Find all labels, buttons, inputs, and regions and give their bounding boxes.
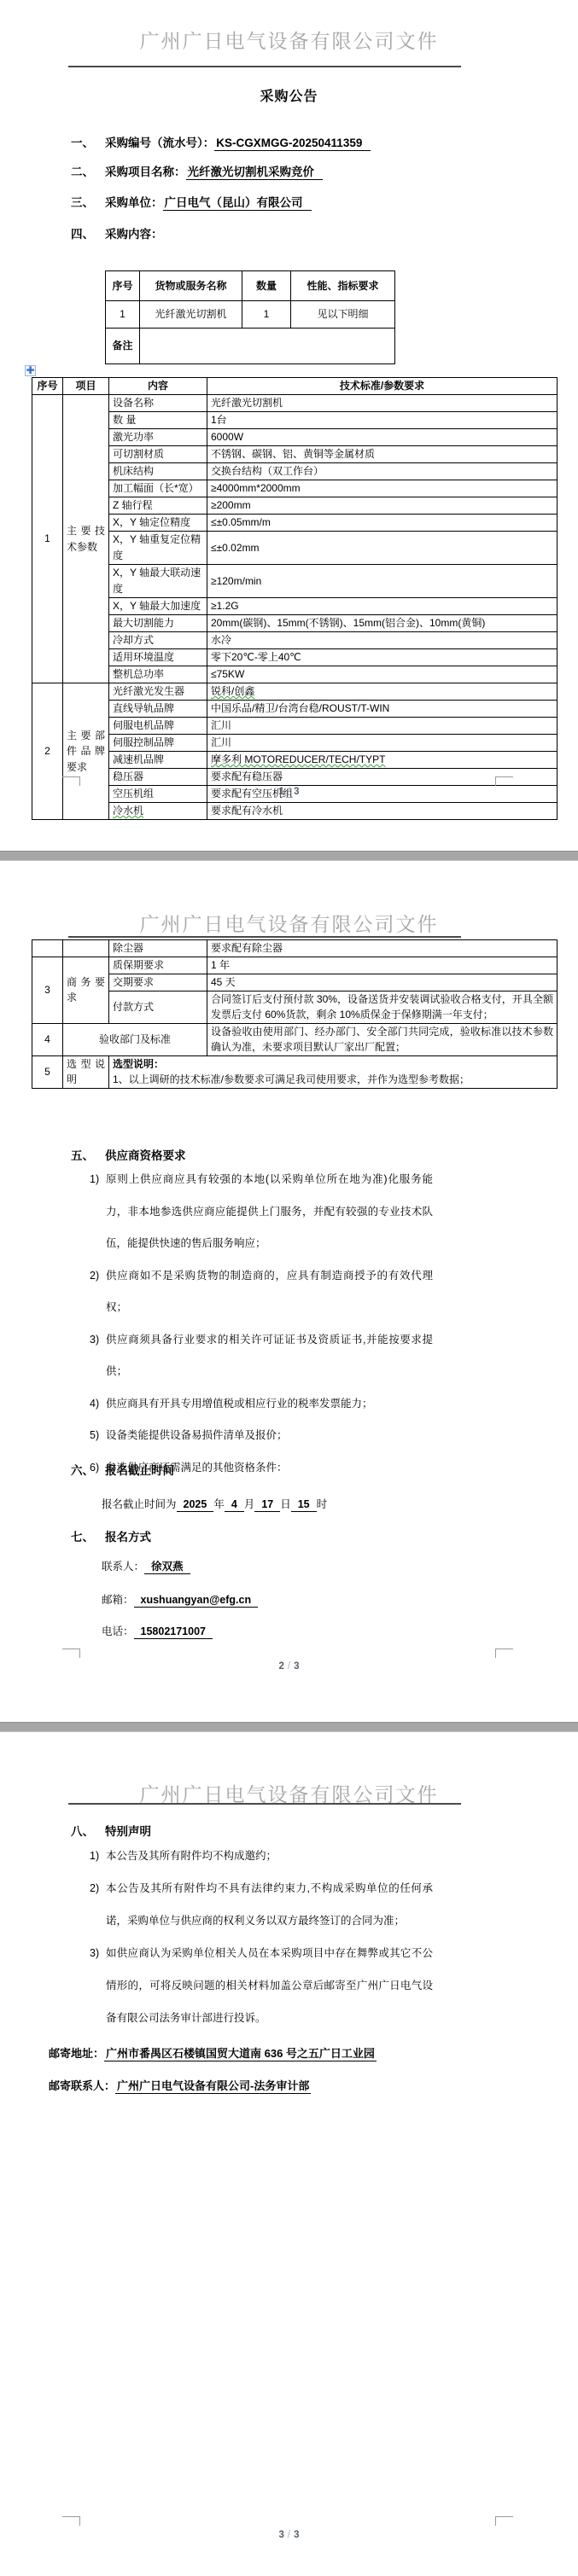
list-item-text: 原则上供应商应具有较强的本地(以采购单位所在地为准)化服务能力，非本地参选供应商… — [106, 1164, 433, 1260]
header-cell: 货物或服务名称 — [140, 271, 242, 301]
section-number: 五、 — [71, 1146, 105, 1163]
margin-corner-mark — [62, 776, 80, 786]
list-item-text: 供应商须具备行业要求的相关许可证证书及资质证书,并能按要求提供； — [106, 1324, 433, 1388]
spec-group-2: 2 主要部件品牌要求 光纤激光发生器 锐科/创鑫 直线导轨品牌 中国乐品/精卫/… — [32, 683, 558, 820]
spec-item-cell: 冷水机 — [109, 803, 207, 820]
margin-corner-mark — [495, 1649, 513, 1658]
section-number: 七、 — [71, 1527, 105, 1544]
spec-table-continued: 除尘器 要求配有除尘器 3 商务要求 质保期要求 1 年 交期要求 45 天 付… — [32, 939, 558, 1089]
contact-label: 联系人： — [102, 1561, 144, 1573]
model-note-row: 5 选型说明 选型说明： 1、以上调研的技术标准/参数要求可满足我司使用要求，并… — [32, 1055, 558, 1088]
section-number: 八、 — [71, 1822, 105, 1839]
doc-title: 采购公告 — [0, 85, 578, 105]
list-item-number: 3) — [90, 1324, 106, 1388]
spec-item-cell: 加工幅面（长*宽） — [109, 480, 207, 497]
spec-value-cell: 汇川 — [207, 735, 558, 752]
group-name-cell: 主要部件品牌要求 — [63, 683, 109, 820]
page-break-separator — [0, 1722, 578, 1732]
item-purchase-content: 四、采购内容： — [71, 224, 163, 241]
unit-month: 月 — [244, 1498, 255, 1510]
letterhead-rule — [68, 66, 461, 67]
spec-value-cell: ≥4000mm*2000mm — [207, 480, 558, 497]
page-separator-slash: / — [284, 2530, 294, 2540]
header-cell: 序号 — [106, 271, 140, 301]
mail-contact-label: 邮寄联系人： — [49, 2079, 115, 2092]
item-purchase-unit: 三、采购单位：广日电气（昆山）有限公司 — [71, 193, 312, 210]
unit-hour: 时 — [317, 1498, 328, 1510]
list-item: 1) 原则上供应商应具有较强的本地(以采购单位所在地为准)化服务能力，非本地参选… — [90, 1164, 433, 1260]
list-item: 1) 本公告及其所有附件均不构成邀约； — [90, 1840, 433, 1872]
table-row: 数 量 1台 — [32, 412, 558, 429]
table-row: 可切割材质 不锈钢、碳钢、铝、黄铜等金属材质 — [32, 446, 558, 463]
table-row: X，Y 轴最大加速度 ≥1.2G — [32, 598, 558, 615]
group-no-cell: 4 — [32, 1023, 63, 1055]
table-row: 最大切割能力 20mm(碳钢)、15mm(不锈钢)、15mm(铝合金)、10mm… — [32, 615, 558, 632]
table-header-row: 序号 货物或服务名称 数量 性能、指标要求 — [106, 271, 395, 301]
section-title: 特别声明 — [105, 1825, 151, 1838]
spec-item-cell: X，Y 轴最大加速度 — [109, 598, 207, 615]
item-project-name: 二、采购项目名称：光纤激光切割机采购竞价 — [71, 162, 323, 179]
list-item-number: 1) — [90, 1840, 106, 1872]
group-no-cell: 5 — [32, 1055, 63, 1088]
table-row: X，Y 轴重复定位精度 ≤±0.02mm — [32, 532, 558, 565]
list-item-text: 如供应商认为采购单位相关人员在本采购项目中存在舞弊或其它不公情形的，可将反映问题… — [106, 1937, 433, 2034]
spec-value-cell: ≥120m/min — [207, 565, 558, 598]
model-note-text: 1、以上调研的技术标准/参数要求可满足我司使用要求，并作为选型参考数据； — [113, 1072, 553, 1088]
letterhead-rule — [68, 936, 461, 938]
table-row: 除尘器 要求配有除尘器 — [32, 940, 558, 957]
list-item-number: 1) — [90, 1164, 106, 1260]
item-number: 二、 — [71, 162, 105, 179]
list-item-number: 3) — [90, 1937, 106, 2034]
model-note-title: 选型说明： — [113, 1056, 553, 1073]
current-page: 1 — [278, 787, 283, 797]
spec-item-cell: 稳压器 — [109, 769, 207, 786]
group-no-cell: 3 — [32, 957, 63, 1024]
document-viewer: { "header_title": "广州广日电气设备有限公司文件", "col… — [0, 0, 578, 2576]
model-note-value-cell: 选型说明： 1、以上调研的技术标准/参数要求可满足我司使用要求，并作为选型参考数… — [109, 1055, 558, 1088]
spec-value-cell: 合同签订后支付预付款 30%，设备送货并安装调试验收合格支付，开具全额发票后支付… — [207, 991, 558, 1023]
list-item: 3) 供应商须具备行业要求的相关许可证证书及资质证书,并能按要求提供； — [90, 1324, 433, 1388]
mail-address-value: 广州市番禺区石楼镇国贸大道南 636 号之五广日工业园 — [104, 2047, 377, 2061]
contact-name: 徐双燕 — [144, 1561, 190, 1574]
section-title: 报名方式 — [105, 1531, 151, 1544]
list-item: 3) 如供应商认为采购单位相关人员在本采购项目中存在舞弊或其它不公情形的，可将反… — [90, 1937, 433, 2034]
item-label: 采购内容： — [105, 228, 163, 241]
spec-table: 序号 项目 内容 技术标准/参数要求 1 主要技术参数 设备名称 光纤激光切割机… — [32, 377, 558, 820]
table-row: 2 主要部件品牌要求 光纤激光发生器 锐科/创鑫 — [32, 683, 558, 701]
spec-item-cell: 冷却方式 — [109, 632, 207, 649]
page-number-footer: 1/3 — [0, 787, 578, 797]
header-cell: 内容 — [109, 378, 207, 395]
email-value: xushuangyan@efg.cn — [134, 1594, 259, 1608]
spec-item-cell: 减速机品牌 — [109, 752, 207, 769]
note-row: 备注 — [106, 329, 395, 364]
table-row: 冷水机 要求配有冷水机 — [32, 803, 558, 820]
note-value-cell — [140, 329, 395, 364]
spec-item-cell: X，Y 轴最大联动速度 — [109, 565, 207, 598]
acceptance-row: 4 验收部门及标准 设备验收由使用部门、经办部门、安全部门共同完成，验收标准以技… — [32, 1023, 558, 1055]
spec-item-cell: 光纤激光发生器 — [109, 683, 207, 701]
model-note-label-cell: 选型说明 — [63, 1055, 109, 1088]
spec-value-cell: 汇川 — [207, 718, 558, 735]
deadline-hour: 15 — [291, 1498, 317, 1512]
purchase-number-value: KS-CGXMGG-20250411359 — [214, 137, 371, 151]
item-label: 采购编号（流水号）： — [105, 137, 214, 149]
item-label: 采购单位： — [105, 196, 163, 209]
spec-value-cell: 20mm(碳钢)、15mm(不锈钢)、15mm(铝合金)、10mm(黄铜) — [207, 615, 558, 632]
phone-line: 电话：15802171007 — [102, 1623, 213, 1638]
mail-address-label: 邮寄地址： — [49, 2047, 104, 2060]
section-number: 六、 — [71, 1461, 105, 1478]
page-separator-slash: / — [284, 1661, 294, 1672]
page-separator-slash: / — [284, 787, 294, 797]
spec-item-cell: 最大切割能力 — [109, 615, 207, 632]
spec-value-cell: 锐科/创鑫 — [207, 683, 558, 701]
mail-address-line: 邮寄地址：广州市番禺区石楼镇国贸大道南 636 号之五广日工业园 — [49, 2044, 377, 2061]
item-number: 四、 — [71, 224, 105, 241]
section-title: 报名截止时间 — [105, 1464, 174, 1477]
total-pages: 3 — [294, 787, 299, 797]
spec-item-cell: X，Y 轴定位精度 — [109, 515, 207, 532]
margin-corner-mark — [62, 1649, 80, 1658]
list-item-text: 供应商具有开具专用增值税或相应行业的税率发票能力； — [106, 1388, 433, 1421]
margin-corner-mark — [495, 776, 513, 786]
spec-item-cell: 质保期要求 — [109, 957, 207, 974]
supplier-qualification-list: 1) 原则上供应商应具有较强的本地(以采购单位所在地为准)化服务能力，非本地参选… — [90, 1164, 433, 1484]
page-break-separator — [0, 851, 578, 861]
list-item-text: 本公告及其所有附件均不构成邀约； — [106, 1840, 433, 1872]
goods-name-cell: 光纤激光切割机 — [140, 301, 242, 329]
item-purchase-number: 一、采购编号（流水号）：KS-CGXMGG-20250411359 — [71, 133, 371, 150]
spec-value-cell: 零下20℃-零上40℃ — [207, 649, 558, 666]
spec-item-cell: 伺服电机品牌 — [109, 718, 207, 735]
spec-item-cell: 数 量 — [109, 412, 207, 429]
table-row: 3 商务要求 质保期要求 1 年 — [32, 957, 558, 974]
table-row: 减速机品牌 摩多利 MOTOREDUCER/TECH/TYPT — [32, 752, 558, 769]
table-move-handle-icon[interactable]: ✚ — [25, 365, 36, 376]
row-no-cell: 1 — [106, 301, 140, 329]
acceptance-label-cell: 验收部门及标准 — [63, 1023, 207, 1055]
table-row: 整机总功率 ≤75KW — [32, 666, 558, 683]
spec-value-cell: 中国乐品/精卫/台湾台稳/ROUST/T-WIN — [207, 701, 558, 718]
spec-item-cell: 伺服控制品牌 — [109, 735, 207, 752]
spec-value-cell: ≥1.2G — [207, 598, 558, 615]
list-item: 5) 设备类能提供设备易损件清单及报价； — [90, 1420, 433, 1452]
spec-group-1: 1 主要技术参数 设备名称 光纤激光切割机 数 量 1台 激光功率 6000W … — [32, 395, 558, 683]
table-row: X，Y 轴最大联动速度 ≥120m/min — [32, 565, 558, 598]
page-1: 广州广日电气设备有限公司文件 采购公告 一、采购编号（流水号）：KS-CGXMG… — [0, 0, 578, 851]
deadline-year: 2025 — [177, 1498, 214, 1512]
phone-label: 电话： — [102, 1625, 134, 1637]
deadline-month: 4 — [225, 1498, 244, 1512]
deadline-line: 报名截止时间为2025年4月17日15时 — [102, 1496, 327, 1511]
mail-contact-value: 广州广日电气设备有限公司-法务审计部 — [115, 2079, 311, 2094]
content-table: 序号 货物或服务名称 数量 性能、指标要求 1 光纤激光切割机 1 见以下明细 … — [105, 270, 395, 364]
spec-value-cell: 光纤激光切割机 — [207, 395, 558, 412]
page-number-footer: 3/3 — [0, 2530, 578, 2540]
table-row: 交期要求 45 天 — [32, 974, 558, 991]
table-row: 激光功率 6000W — [32, 429, 558, 446]
item-number: 三、 — [71, 193, 105, 210]
header-cell: 项目 — [63, 378, 109, 395]
special-statement-list: 1) 本公告及其所有附件均不构成邀约； 2) 本公告及其所有附件均不具有法律约束… — [90, 1840, 433, 2034]
list-item-number: 2) — [90, 1260, 106, 1324]
spec-value-cell: 水冷 — [207, 632, 558, 649]
current-page: 3 — [278, 2530, 283, 2540]
letterhead-rule — [68, 1803, 461, 1805]
list-item: 4) 供应商具有开具专用增值税或相应行业的税率发票能力； — [90, 1388, 433, 1421]
list-item: 2) 供应商如不是采购货物的制造商的，应具有制造商授予的有效代理权； — [90, 1260, 433, 1324]
margin-corner-mark — [62, 2516, 80, 2526]
spec-value-cell: 1台 — [207, 412, 558, 429]
spec-item-cell: 适用环境温度 — [109, 649, 207, 666]
spec-group-3: 3 商务要求 质保期要求 1 年 交期要求 45 天 付款方式 合同签订后支付预… — [32, 957, 558, 1024]
list-item-number: 4) — [90, 1388, 106, 1421]
project-name-value: 光纤激光切割机采购竞价 — [186, 166, 324, 180]
spec-value-cell: ≥200mm — [207, 497, 558, 515]
section-supplier-qualifications: 五、供应商资格要求 — [71, 1146, 186, 1163]
list-item: 2) 本公告及其所有附件均不具有法律约束力,不构成采购单位的任何承诺，采购单位与… — [90, 1872, 433, 1937]
company-letterhead: 广州广日电气设备有限公司文件 — [0, 909, 578, 937]
requirement-cell: 见以下明细 — [291, 301, 395, 329]
table-row: 1 主要技术参数 设备名称 光纤激光切割机 — [32, 395, 558, 412]
spec-value-cell: 45 天 — [207, 974, 558, 991]
phone-value: 15802171007 — [134, 1625, 213, 1639]
mail-contact-line: 邮寄联系人：广州广日电气设备有限公司-法务审计部 — [49, 2077, 311, 2093]
page-number-footer: 2/3 — [0, 1661, 578, 1672]
spec-item-cell: 交期要求 — [109, 974, 207, 991]
section-special-statement: 八、特别声明 — [71, 1822, 151, 1839]
table-row: 付款方式 合同签订后支付预付款 30%，设备送货并安装调试验收合格支付，开具全额… — [32, 991, 558, 1023]
group-no-cell: 2 — [32, 683, 63, 820]
group-name-cell: 主要技术参数 — [63, 395, 109, 683]
spec-value-cell: 不锈钢、碳钢、铝、黄铜等金属材质 — [207, 446, 558, 463]
spec-item-cell: 直线导轨品牌 — [109, 701, 207, 718]
table-header-row: 序号 项目 内容 技术标准/参数要求 — [32, 378, 558, 395]
section-registration-method: 七、报名方式 — [71, 1527, 151, 1544]
spec-item-cell: Z 轴行程 — [109, 497, 207, 515]
margin-corner-mark — [495, 2516, 513, 2526]
header-cell: 技术标准/参数要求 — [207, 378, 558, 395]
table-row: 稳压器 要求配有稳压器 — [32, 769, 558, 786]
group-no-cell — [32, 940, 63, 957]
spec-item-cell: 设备名称 — [109, 395, 207, 412]
spec-value-cell: 1 年 — [207, 957, 558, 974]
page-2: 广州广日电气设备有限公司文件 除尘器 要求配有除尘器 3 商务要求 质保期要求 … — [0, 861, 578, 1722]
deadline-day: 17 — [254, 1498, 280, 1512]
group-no-cell: 1 — [32, 395, 63, 683]
table-row: 伺服控制品牌 汇川 — [32, 735, 558, 752]
table-row: Z 轴行程 ≥200mm — [32, 497, 558, 515]
spec-item-cell: 整机总功率 — [109, 666, 207, 683]
spec-value-cell: 要求配有冷水机 — [207, 803, 558, 820]
unit-year: 年 — [213, 1498, 225, 1510]
list-item-text: 供应商如不是采购货物的制造商的，应具有制造商授予的有效代理权； — [106, 1260, 433, 1324]
acceptance-value-cell: 设备验收由使用部门、经办部门、安全部门共同完成，验收标准以技术参数确认为准，未要… — [207, 1023, 558, 1055]
section-registration-deadline: 六、报名截止时间 — [71, 1461, 174, 1478]
total-pages: 3 — [294, 1661, 299, 1672]
item-label: 采购项目名称： — [105, 166, 186, 178]
header-cell: 序号 — [32, 378, 63, 395]
company-letterhead: 广州广日电气设备有限公司文件 — [0, 26, 578, 54]
spec-value-cell: ≤±0.02mm — [207, 532, 558, 565]
list-item-text: 设备类能提供设备易损件清单及报价； — [106, 1420, 433, 1452]
table-row: 伺服电机品牌 汇川 — [32, 718, 558, 735]
list-item-number: 5) — [90, 1420, 106, 1452]
item-number: 一、 — [71, 133, 105, 150]
spec-item-cell: 可切割材质 — [109, 446, 207, 463]
spec-item-cell: 机床结构 — [109, 463, 207, 480]
deadline-prefix: 报名截止时间为 — [102, 1498, 177, 1510]
spec-value-cell: 6000W — [207, 429, 558, 446]
page-3: 广州广日电气设备有限公司文件 八、特别声明 1) 本公告及其所有附件均不构成邀约… — [0, 1732, 578, 2576]
spec-item-cell: 激光功率 — [109, 429, 207, 446]
group-name-cell — [63, 940, 109, 957]
spec-value-cell: ≤±0.05mm/m — [207, 515, 558, 532]
list-item-text: 本公告及其所有附件均不具有法律约束力,不构成采购单位的任何承诺，采购单位与供应商… — [106, 1872, 433, 1937]
group-name-cell: 商务要求 — [63, 957, 109, 1024]
email-label: 邮箱： — [102, 1594, 134, 1606]
note-label-cell: 备注 — [106, 329, 140, 364]
table-row: 加工幅面（长*宽） ≥4000mm*2000mm — [32, 480, 558, 497]
email-line: 邮箱：xushuangyan@efg.cn — [102, 1591, 258, 1607]
table-row: 冷却方式 水冷 — [32, 632, 558, 649]
header-cell: 性能、指标要求 — [291, 271, 395, 301]
table-row: 机床结构 交换台结构（双工作台） — [32, 463, 558, 480]
spec-item-cell: 付款方式 — [109, 991, 207, 1023]
spec-value-cell: 要求配有除尘器 — [207, 940, 558, 957]
spec-value-cell: 摩多利 MOTOREDUCER/TECH/TYPT — [207, 752, 558, 769]
spec-item-cell: X，Y 轴重复定位精度 — [109, 532, 207, 565]
table-row: 直线导轨品牌 中国乐品/精卫/台湾台稳/ROUST/T-WIN — [32, 701, 558, 718]
spec-value-cell: 交换台结构（双工作台） — [207, 463, 558, 480]
contact-line: 联系人：徐双燕 — [102, 1558, 190, 1573]
total-pages: 3 — [294, 2530, 299, 2540]
table-row: 1 光纤激光切割机 1 见以下明细 — [106, 301, 395, 329]
current-page: 2 — [278, 1661, 283, 1672]
spec-value-cell: ≤75KW — [207, 666, 558, 683]
spec-item-cell: 除尘器 — [109, 940, 207, 957]
purchase-unit-value: 广日电气（昆山）有限公司 — [163, 196, 312, 211]
table-row: X，Y 轴定位精度 ≤±0.05mm/m — [32, 515, 558, 532]
qty-cell: 1 — [242, 301, 291, 329]
list-item-number: 2) — [90, 1872, 106, 1937]
section-title: 供应商资格要求 — [105, 1149, 186, 1162]
unit-day: 日 — [280, 1498, 291, 1510]
header-cell: 数量 — [242, 271, 291, 301]
table-row: 适用环境温度 零下20℃-零上40℃ — [32, 649, 558, 666]
